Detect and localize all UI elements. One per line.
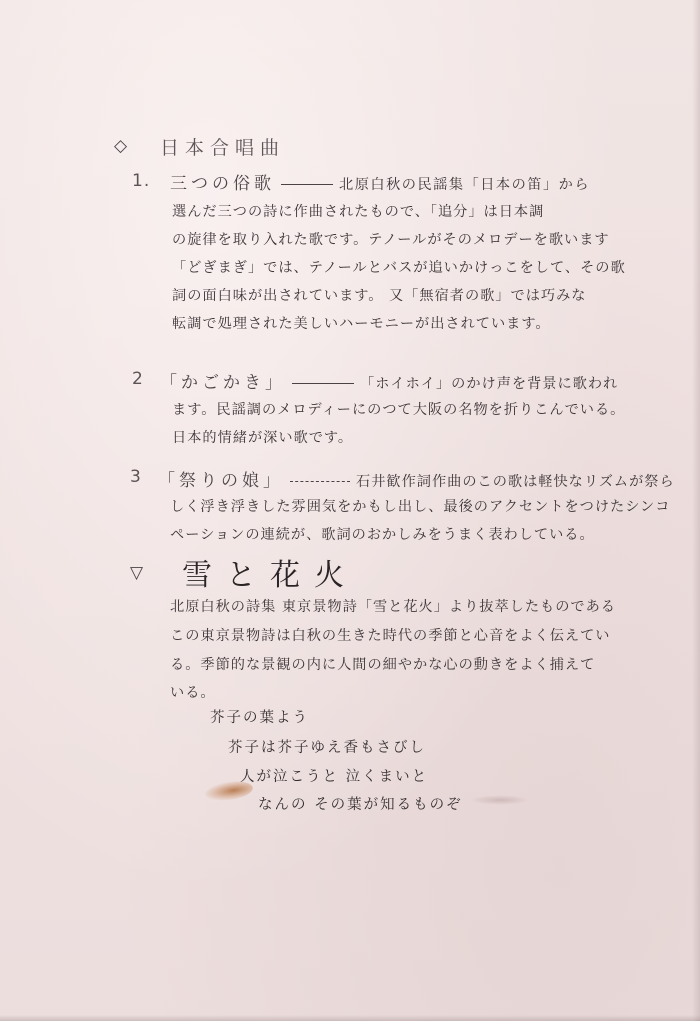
- triangle-bullet-icon: ▽: [130, 563, 144, 583]
- item-number: 1.: [132, 171, 150, 191]
- item-text: 「ホイホイ」のかけ声を背景に歌われ: [360, 376, 618, 392]
- diamond-bullet-icon: ◇: [114, 136, 128, 156]
- section-text: 北原白秋の詩集 東京景物詩「雪と花火」より抜萃したものである: [170, 596, 616, 616]
- item-line-title: 「かごかき」「ホイホイ」のかけ声を背景に歌われ: [160, 368, 618, 393]
- section-text: いる。: [170, 682, 216, 702]
- item-line-title: 三つの俗歌北原白秋の民謡集「日本の笛」から: [170, 169, 590, 194]
- item-text: の旋律を取り入れた歌です。テノールがそのメロデーを歌います: [172, 229, 610, 249]
- item-text: 詞の面白味が出されています。 又「無宿者の歌」では巧みな: [172, 285, 586, 305]
- poem-line: 芥子の葉よう: [210, 706, 309, 727]
- item-line-title: 「祭りの娘」石井歓作詞作曲のこの歌は軽快なリズムが祭ら: [158, 466, 675, 491]
- section-text: る。季節的な景観の内に人間の細やかな心の動きをよく捕えて: [170, 654, 595, 674]
- item-text: 石井歓作詞作曲のこの歌は軽快なリズムが祭ら: [356, 474, 675, 490]
- item-text: 「どぎまぎ」では、テノールとバスが追いかけっこをして、その歌: [172, 257, 626, 277]
- item-text: 選んだ三つの詩に作曲されたもので、「追分」は日本調: [172, 201, 544, 221]
- page-bottom-shadow: [0, 1015, 700, 1021]
- em-dash-rule: [292, 383, 354, 384]
- section-text: この東京景物詩は白秋の生きた時代の季節と心音をよく伝えてい: [170, 625, 610, 645]
- item-number: 3: [130, 467, 142, 487]
- poem-line: 人が泣こうと 泣くまいと: [240, 765, 428, 786]
- poem-line: なんの その葉が知るものぞ: [258, 793, 463, 814]
- item-number: 2: [132, 369, 144, 389]
- page-edge-shadow: [692, 0, 700, 1021]
- item-title: 三つの俗歌: [170, 174, 275, 194]
- item-text: 北原白秋の民謡集「日本の笛」から: [339, 177, 590, 193]
- em-dash-rule: [281, 184, 333, 185]
- poem-line: 芥子は芥子ゆえ香もさびし: [228, 736, 426, 757]
- dotted-dash-rule: [290, 481, 350, 482]
- item-text: ペーションの連続が、歌詞のおかしみをうまく表わしている。: [170, 524, 595, 544]
- item-text: しく浮き浮きした雰囲気をかもし出し、最後のアクセントをつけたシンコ: [170, 496, 670, 516]
- item-title: 「祭りの娘」: [158, 471, 284, 491]
- section-heading-japanese-choral: 日本合唱曲: [160, 133, 285, 160]
- item-text: ます。民謡調のメロディーにのつて大阪の名物を折りこんでいる。: [172, 399, 625, 419]
- item-text: 転調で処理された美しいハーモニーが出されています。: [172, 313, 551, 333]
- item-text: 日本的情緒が深い歌です。: [172, 427, 353, 447]
- ink-smudge: [470, 795, 530, 805]
- section-heading-snow-and-fireworks: 雪と花火: [182, 550, 358, 594]
- item-title: 「かごかき」: [160, 373, 286, 393]
